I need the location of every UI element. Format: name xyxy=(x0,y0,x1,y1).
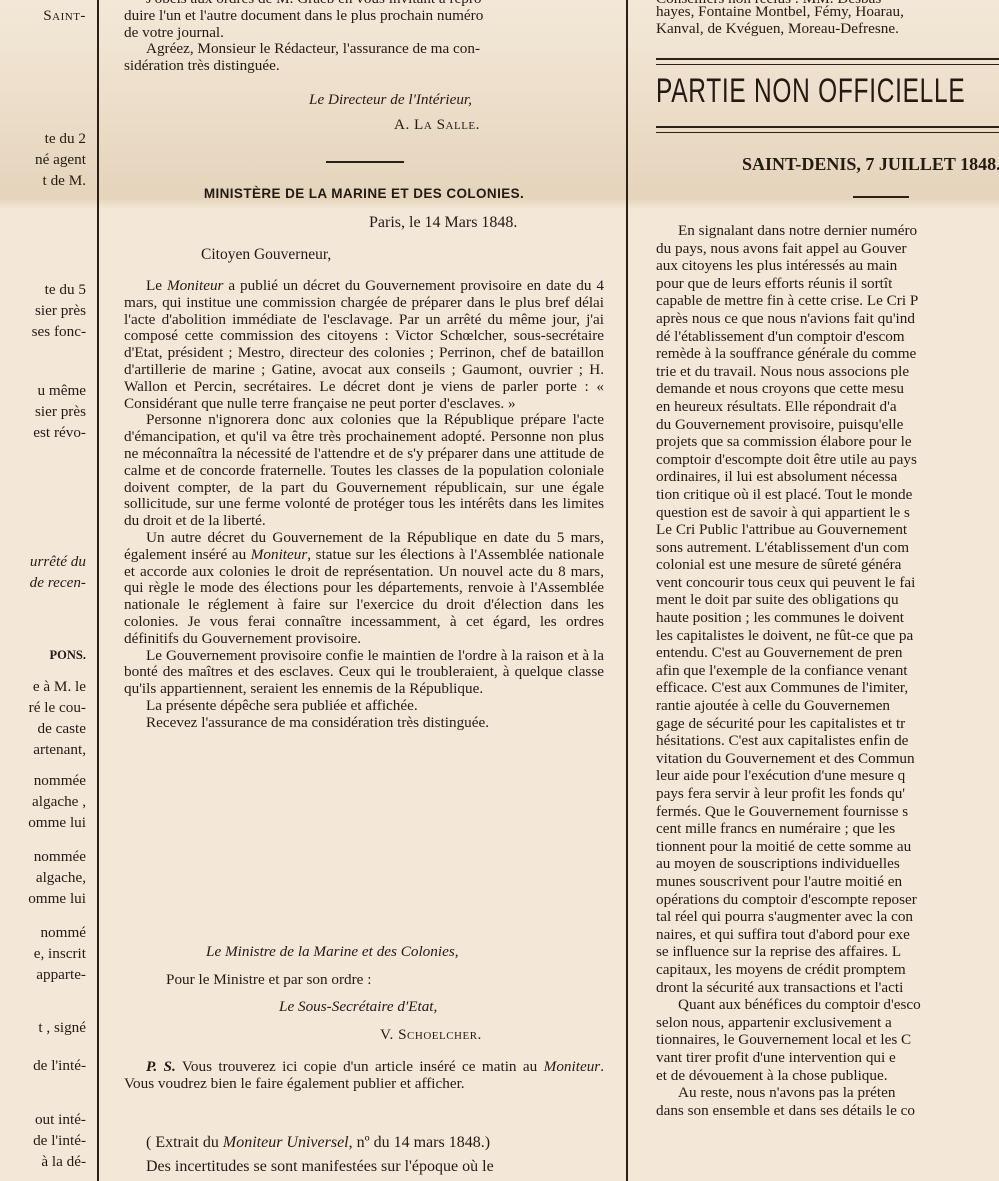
text-line-fragment: de caste xyxy=(38,720,86,737)
text-line: hésitations. C'est aux capitalistes enfi… xyxy=(656,732,999,750)
text-line-fragment: ses fonc- xyxy=(32,323,86,340)
text-line: dé l'établissement d'un comptoir d'escom xyxy=(656,328,999,346)
text-line-fragment: né agent xyxy=(35,151,86,168)
newspaper-page: Saint-te du 2né agentt de M.te du 5sier … xyxy=(0,0,999,1181)
column-rule-right xyxy=(626,0,628,1181)
text-line: naires, et qui suffira tout d'abord pour… xyxy=(656,926,999,944)
text-line-fragment: sier près xyxy=(35,302,86,319)
text-line: efficace. C'est aux Communes de l'imiter… xyxy=(656,679,999,697)
text-line: J'obéis aux ordres de M. Graëb en vous i… xyxy=(124,0,604,8)
text-line-fragment: nommée xyxy=(34,772,86,789)
undersecretary-name: V. Schoelcher. xyxy=(380,1027,482,1044)
double-rule-top xyxy=(656,58,999,65)
text-line: en heureux résultats. Elle répondrait d'… xyxy=(656,398,999,416)
text-line: tionnent pour la moitié de cette somme a… xyxy=(656,838,999,856)
minister-title: Le Ministre de la Marine et des Colonies… xyxy=(206,944,459,961)
section-title-partie-non-officielle: PARTIE NON OFFICIELLE xyxy=(656,72,965,111)
for-minister-line: Pour le Ministre et par son ordre : xyxy=(166,972,371,989)
column-rule-left xyxy=(97,0,99,1181)
text-line: aux citoyens les plus intéressés au main xyxy=(656,257,999,275)
text-line-fragment: à la dé- xyxy=(41,1153,86,1170)
text-line-fragment: nommé xyxy=(40,924,86,941)
text-line-fragment: t de M. xyxy=(43,172,86,189)
article-body: En signalant dans notre dernier numérodu… xyxy=(656,222,999,1119)
text-line: tal réel qui pourra s'augmenter avec la … xyxy=(656,908,999,926)
paragraph-regards: Recevez l'assurance de ma considération … xyxy=(124,715,604,732)
text-line-fragment: sier près xyxy=(35,403,86,420)
text-line: remède à la souffrance générale du comme xyxy=(656,345,999,363)
text-line: tionnaires, le Gouvernement local et les… xyxy=(656,1031,999,1049)
text-line: gage de sécurité pour les capitalistes e… xyxy=(656,715,999,733)
text-line-fragment: algache , xyxy=(32,793,86,810)
paragraph-elections: Un autre décret du Gouvernement de la Ré… xyxy=(124,530,604,648)
double-rule-bottom xyxy=(656,126,999,133)
paragraph-decree-abolition: Le Moniteur a publié un décret du Gouver… xyxy=(124,278,604,412)
text-line-fragment: de l'inté- xyxy=(33,1057,86,1074)
text-line-fragment: PONS. xyxy=(50,647,86,664)
text-line: Quant aux bénéfices du comptoir d'esco xyxy=(656,996,999,1014)
text-line: et de dévouement à la chose publique. xyxy=(656,1067,999,1085)
postscript-text: P. S. Vous trouverez ici copie d'un arti… xyxy=(124,1059,604,1093)
text-line-fragment: t , signé xyxy=(38,1019,86,1036)
text-line-fragment: artenant, xyxy=(33,741,86,758)
text-line-fragment: out inté- xyxy=(35,1111,86,1128)
text-line: duire l'un et l'autre document dans le p… xyxy=(124,8,604,25)
text-line: vent concourir tous ceux qui peuvent le … xyxy=(656,574,999,592)
text-line-fragment: apparte- xyxy=(36,966,86,983)
signature-title: Le Directeur de l'Intérieur, xyxy=(309,92,472,109)
text-line: capable de mettre fin à cette crise. Le … xyxy=(656,292,999,310)
text-line: du pays, nous avons fait appel au Gouver xyxy=(656,240,999,258)
text-line: pour que de leurs efforts réunis il sort… xyxy=(656,275,999,293)
text-line: entendu. C'est au Gouvernement de pren xyxy=(656,644,999,662)
text-line-fragment: urrêté du xyxy=(30,553,86,570)
text-line: de votre journal. xyxy=(124,25,604,42)
text-line: dront la sécurité aux transactions et l'… xyxy=(656,979,999,997)
letter-body: Le Moniteur a publié un décret du Gouver… xyxy=(124,278,604,732)
text-line: dans son ensemble et dans ses détails le… xyxy=(656,1102,999,1120)
text-line: comptoir d'escompte doit être utile au p… xyxy=(656,451,999,469)
text-line: vitation du Gouvernement et des Commun xyxy=(656,750,999,768)
text-line-fragment: algache, xyxy=(36,869,86,886)
text-line-fragment: u même xyxy=(38,382,87,399)
text-line: leur aide pour l'exécution d'une mesure … xyxy=(656,767,999,785)
text-line: cent mille francs en numéraire ; que les xyxy=(656,820,999,838)
text-line: opérations du comptoir d'escompte repose… xyxy=(656,891,999,909)
text-line: trie et du travail. Nous nous associons … xyxy=(656,363,999,381)
text-line: question est de savoir à qui appartient … xyxy=(656,504,999,522)
text-line: selon nous, appartenir exclusivement a xyxy=(656,1014,999,1032)
text-line-fragment: est révo- xyxy=(33,424,86,441)
paragraph-order: Le Gouvernement provisoire confie le mai… xyxy=(124,648,604,698)
text-line: munes souscrivent pour l'autre moitié en xyxy=(656,873,999,891)
text-line: ment le doit par suite des obligations q… xyxy=(656,591,999,609)
text-line-fragment: Saint- xyxy=(43,7,86,24)
signature-name: A. La Salle. xyxy=(394,117,480,134)
left-column-fragment: Saint-te du 2né agentt de M.te du 5sier … xyxy=(0,0,86,1181)
text-line: hayes, Fontaine Montbel, Fémy, Hoarau, xyxy=(656,4,904,21)
text-line-fragment: de recen- xyxy=(30,574,86,591)
undersecretary-title: Le Sous-Secrétaire d'Etat, xyxy=(279,999,437,1016)
text-line: fermés. Que le Gouvernement fournisse s xyxy=(656,803,999,821)
text-line-fragment: de l'inté- xyxy=(33,1132,86,1149)
text-line: Le Cri Public l'attribue au Gouvernement xyxy=(656,521,999,539)
text-line-fragment: omme lui xyxy=(28,814,86,831)
text-line: du Gouvernement provisoire, puisqu'elle xyxy=(656,416,999,434)
text-line: En signalant dans notre dernier numéro xyxy=(656,222,999,240)
section-heading-ministry: MINISTÈRE DE LA MARINE ET DES COLONIES. xyxy=(124,186,604,201)
text-line: Des incertitudes se sont manifestées sur… xyxy=(146,1158,494,1176)
text-line: afin que l'exemple de la confiance venan… xyxy=(656,662,999,680)
text-line: colonial est une mesure de sûreté généra xyxy=(656,556,999,574)
article-dateline: SAINT-DENIS, 7 JUILLET 1848. xyxy=(742,154,999,175)
text-line-fragment: te du 2 xyxy=(45,130,86,147)
text-line-fragment: e à M. le xyxy=(33,678,86,695)
text-line: rantie ajoutée à celle du Gouvernemen xyxy=(656,697,999,715)
text-line: capitaux, les moyens de crédit promptem xyxy=(656,961,999,979)
paragraph-emancipation: Personne n'ignorera donc aux colonies qu… xyxy=(124,412,604,530)
text-line: après nous ce que nous n'avions fait qu'… xyxy=(656,310,999,328)
previous-letter-ending: J'obéis aux ordres de M. Graëb en vous i… xyxy=(124,0,604,75)
extract-citation: ( Extrait du Moniteur Universel, nº du 1… xyxy=(146,1134,490,1152)
text-line: haute position ; les communes le doivent xyxy=(656,609,999,627)
text-line-fragment: ré le cou- xyxy=(29,699,86,716)
text-line-fragment: nommée xyxy=(34,848,86,865)
text-line: Kanval, de Kvéguen, Moreau-Defresne. xyxy=(656,21,899,38)
text-line: Au reste, nous n'avons pas la préten xyxy=(656,1084,999,1102)
text-line: au moyen de souscriptions individuelles xyxy=(656,855,999,873)
text-line: sons autrement. L'établissement d'un com xyxy=(656,539,999,557)
text-line: projets que sa commission élabore pour l… xyxy=(656,433,999,451)
closing-line: sidération très distinguée. xyxy=(124,58,604,75)
text-line-fragment: te du 5 xyxy=(45,281,86,298)
salutation: Citoyen Gouverneur, xyxy=(201,246,331,264)
ornament-rule xyxy=(853,196,909,198)
text-line: vant tirer profit d'une intervention qui… xyxy=(656,1049,999,1067)
separator-rule xyxy=(326,161,404,163)
text-line: les capitalistes le doivent, ne fût-ce q… xyxy=(656,627,999,645)
text-line-fragment: e, inscrit xyxy=(34,945,86,962)
text-line: pays fera servir à leur profit les fonds… xyxy=(656,785,999,803)
postscript: P. S. Vous trouverez ici copie d'un arti… xyxy=(124,1059,604,1093)
text-line: ordinaires, il lui est absolument nécess… xyxy=(656,468,999,486)
text-line: demande et nous croyons que cette mesu xyxy=(656,380,999,398)
text-line: se influence sur la reprise des affaires… xyxy=(656,943,999,961)
paragraph-publication: La présente dépêche sera publiée et affi… xyxy=(124,698,604,715)
closing-line: Agréez, Monsieur le Rédacteur, l'assuran… xyxy=(124,41,604,58)
text-line: tion critique où il est placé. Tout le m… xyxy=(656,486,999,504)
letter-dateline: Paris, le 14 Mars 1848. xyxy=(369,214,517,232)
text-line-fragment: omme lui xyxy=(28,890,86,907)
